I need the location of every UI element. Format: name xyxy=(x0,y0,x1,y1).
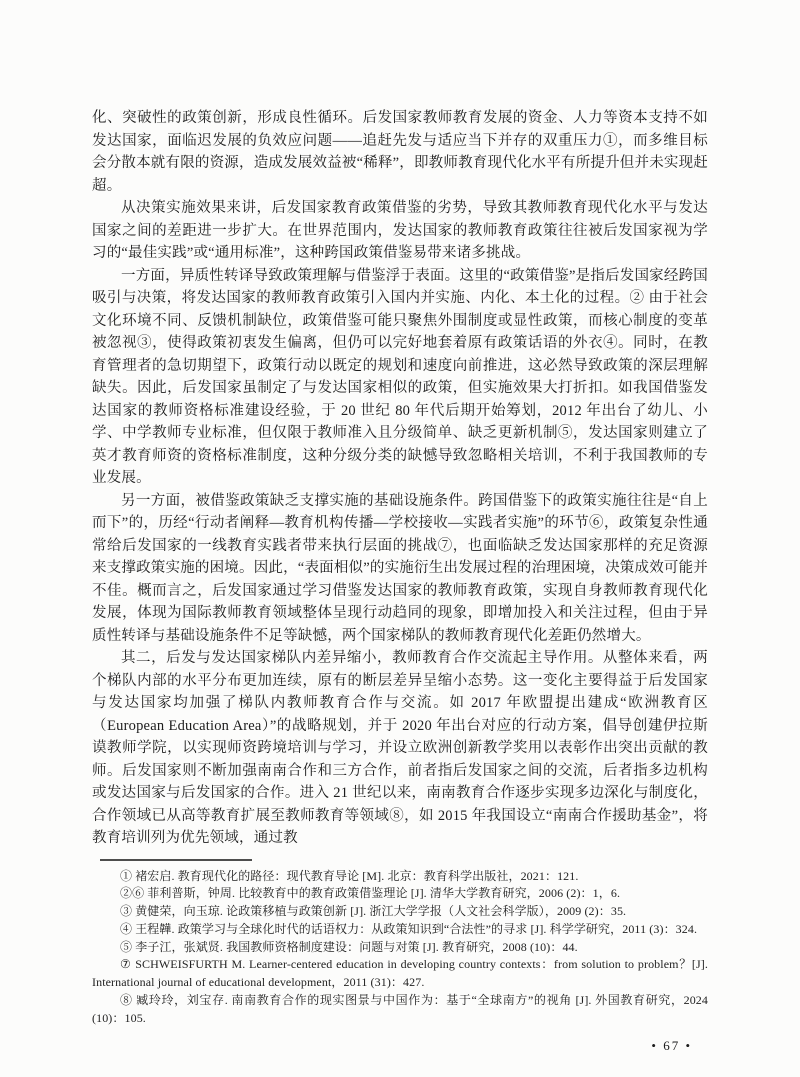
body-paragraph: 其二，后发与发达国家梯队内差异缩小，教师教育合作交流起主导作用。从整体来看，两个… xyxy=(92,647,708,850)
document-page: 化、突破性的政策创新，形成良性循环。后发国家教师教育发展的资金、人力等资本支持不… xyxy=(0,0,800,1077)
body-paragraph: 化、突破性的政策创新，形成良性循环。后发国家教师教育发展的资金、人力等资本支持不… xyxy=(92,107,708,197)
body-paragraph: 另一方面，被借鉴政策缺乏支撑实施的基础设施条件。跨国借鉴下的政策实施往往是“自上… xyxy=(92,490,708,648)
body-paragraph: 从决策实施效果来讲，后发国家教育政策借鉴的劣势，导致其教师教育现代化水平与发达国… xyxy=(92,197,708,265)
footnote-item: ① 褚宏启. 教育现代化的路径：现代教育导论 [M]. 北京：教育科学出版社，2… xyxy=(92,868,708,886)
footnote-item: ⑤ 李子江，张斌贤. 我国教师资格制度建设：问题与对策 [J]. 教育研究，20… xyxy=(92,939,708,957)
footnote-item: ⑧ 臧玲玲，刘宝存. 南南教育合作的现实图景与中国作为：基于“全球南方”的视角 … xyxy=(92,992,708,1028)
footnote-item: ③ 黄健荣，向玉琼. 论政策移植与政策创新 [J]. 浙江大学学报（人文社会科学… xyxy=(92,903,708,921)
footnote-item: ②⑥ 菲利普斯，钟周. 比较教育中的教育政策借鉴理论 [J]. 清华大学教育研究… xyxy=(92,885,708,903)
footnotes-section: ① 褚宏启. 教育现代化的路径：现代教育导论 [M]. 北京：教育科学出版社，2… xyxy=(92,868,708,1028)
article-body: 化、突破性的政策创新，形成良性循环。后发国家教师教育发展的资金、人力等资本支持不… xyxy=(92,107,708,850)
body-paragraph: 一方面，异质性转译导致政策理解与借鉴浮于表面。这里的“政策借鉴”是指后发国家经跨… xyxy=(92,265,708,490)
footnote-separator xyxy=(100,859,252,861)
footnote-item: ⑦ SCHWEISFURTH M. Learner-centered educa… xyxy=(92,956,708,992)
page-number: • 67 • xyxy=(92,1038,708,1054)
footnote-item: ④ 王程韡. 政策学习与全球化时代的话语权力：从政策知识到“合法性”的寻求 [J… xyxy=(92,921,708,939)
